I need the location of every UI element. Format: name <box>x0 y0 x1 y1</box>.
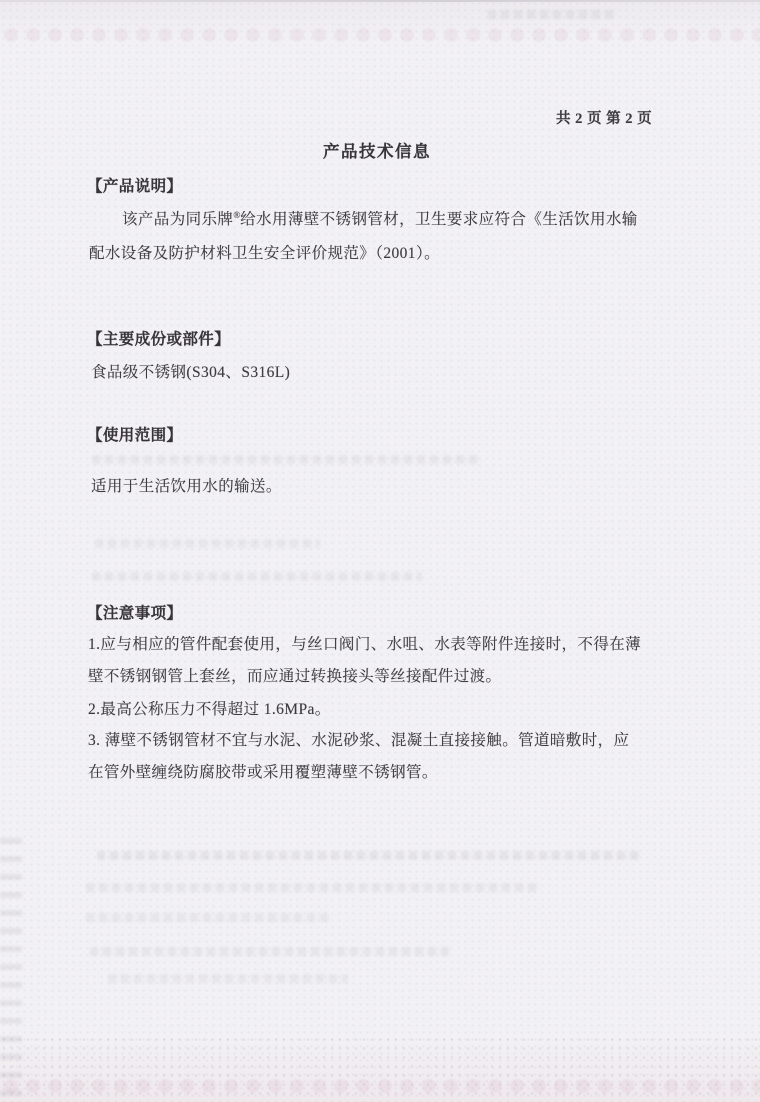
page-indicator: 共 2 页 第 2 页 <box>556 107 652 128</box>
description-line-1-rest: 给水用薄壁不锈钢管材，卫生要求应符合《生活饮用水输 <box>240 211 638 228</box>
bleed-through-line <box>108 974 348 983</box>
description-line-1-prefix: 该产品为同乐牌 <box>122 211 233 228</box>
bleed-through-line <box>90 947 450 956</box>
bleed-through-border-top <box>0 27 760 42</box>
bleed-through-line <box>95 539 320 548</box>
notes-item3-line-2: 在管外壁缠绕防腐胶带或采用覆塑薄壁不锈钢管。 <box>88 760 438 782</box>
scan-top-edge <box>0 0 760 2</box>
notes-item2-line-1: 2.最高公称压力不得超过 1.6MPa。 <box>88 697 331 719</box>
bleed-through-line <box>92 572 422 581</box>
scope-line-1: 适用于生活饮用水的输送。 <box>91 474 282 496</box>
section-heading-description: 【产品说明】 <box>87 174 182 196</box>
bleed-through-line <box>488 10 616 19</box>
components-line-1: 食品级不锈钢(S304、S316L) <box>91 360 290 382</box>
notes-item3-line-1: 3. 薄壁不锈钢管材不宜与水泥、水泥砂浆、混凝土直接接触。管道暗敷时，应 <box>88 728 629 750</box>
description-line-1: 该产品为同乐牌®给水用薄壁不锈钢管材，卫生要求应符合《生活饮用水输 <box>122 207 638 229</box>
binding-edge-shadow <box>0 838 22 1102</box>
section-heading-components: 【主要成份或部件】 <box>87 327 230 349</box>
bleed-through-line <box>97 851 642 860</box>
document-title: 产品技术信息 <box>0 138 754 162</box>
section-heading-notes: 【注意事项】 <box>87 601 182 623</box>
scan-halftone-texture <box>0 0 760 1102</box>
scanned-document-page: 共 2 页 第 2 页 产品技术信息 【产品说明】 该产品为同乐牌®给水用薄壁不… <box>0 0 760 1102</box>
section-heading-scope: 【使用范围】 <box>87 423 182 445</box>
scan-noise-overlay <box>0 0 760 1102</box>
notes-item1-line-2: 壁不锈钢钢管上套丝，而应通过转换接头等丝接配件过渡。 <box>88 664 501 686</box>
bleed-through-border-bottom <box>0 1078 760 1093</box>
bleed-through-line <box>92 455 482 464</box>
bleed-through-line <box>86 913 331 922</box>
description-line-2: 配水设备及防护材料卫生安全评价规范》（2001）。 <box>89 241 440 263</box>
bleed-through-line <box>86 883 541 892</box>
notes-item1-line-1: 1.应与相应的管件配套使用，与丝口阀门、水咀、水表等附件连接时，不得在薄 <box>88 632 641 654</box>
